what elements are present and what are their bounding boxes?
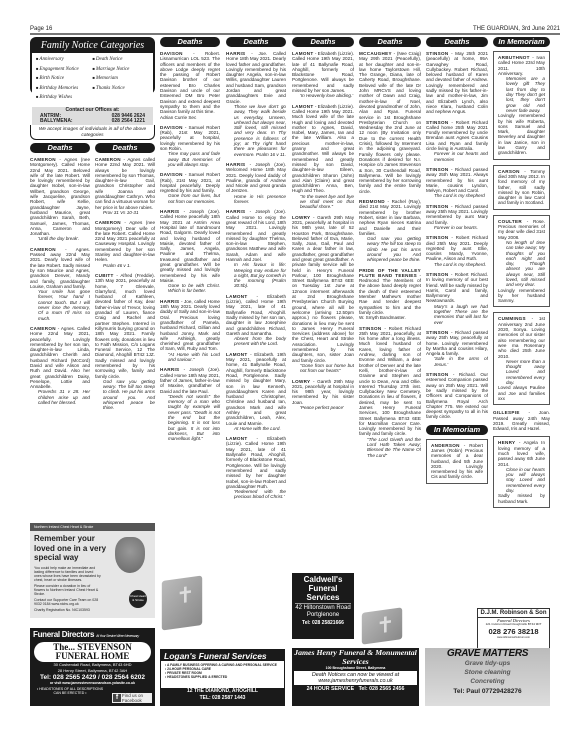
category-item: Death Notice	[93, 55, 150, 65]
memoriam-notice: COULTER - Rose. Precious memories of my …	[493, 215, 550, 308]
death-notice: HARRIS - Joe. Called Home 18th May 2021.…	[226, 51, 286, 157]
ad-street: 100 Broughshane Street, Ballymena	[292, 666, 419, 670]
death-notice: STINSON - Richard passed away 25th May 2…	[426, 167, 488, 199]
category-item: Marriage Notice	[93, 65, 150, 75]
category-item: Birth Notice	[36, 74, 93, 84]
section-heading-deaths: Deaths	[426, 37, 488, 47]
category-item: Engagement Notice	[36, 65, 93, 75]
categories-list: Anniversary Death Notice Engagement Noti…	[32, 53, 153, 99]
category-item: Birthday Wishes	[36, 93, 93, 103]
chest-heart-stroke-ad: Northern Ireland Chest Heart & Stroke Re…	[30, 523, 155, 618]
deaths-column-5: Deaths LAMONT - Elizabeth (Lizzie). Call…	[292, 37, 354, 567]
ad-title: Caldwell's Funeral Services	[292, 573, 354, 602]
memoriam-notice: ANDERSON - Robert James (Robin) Precious…	[426, 439, 488, 484]
caldwells-funeral-services-ad: Caldwell's Funeral Services 42 Hiltonsto…	[292, 573, 354, 639]
ad-address-2: 28 Henry Street, Ballymena, BT42 3AH	[30, 669, 155, 674]
djm-robinson-ad: D.J.M. Robinson & Son Funeral Directors …	[477, 608, 550, 651]
newspaper-page: Page 16 THE GUARDIAN, 3rd June 2021 Fami…	[0, 0, 580, 737]
death-notice: DAVISON - Robert. Lisnamurrican LOL 523.…	[160, 51, 220, 120]
death-notice: LOWRY - Gareth 29th May 2021, peacefully…	[292, 215, 354, 374]
ad-title: James Henry Funeral & Monumental Service…	[292, 648, 419, 666]
ad-body2: Please consider a donation in lieu of fl…	[30, 584, 105, 596]
facebook-icon: Find us on Facebook	[112, 693, 152, 703]
death-notice: STINSON - Richard. Our esteemed Companio…	[426, 372, 488, 420]
ad-address: 42 Hiltonstown Road Portglenone	[295, 603, 351, 619]
ad-phone: Tel: 028 25821666	[292, 620, 354, 626]
section-heading-deaths: Deaths	[160, 37, 220, 47]
masthead-date: THE GUARDIAN, 3rd June 2021	[473, 26, 560, 32]
categories-title: Family Notice Categories	[30, 37, 155, 53]
death-notice: LAMONT - Elizabeth (Lizzie). Called Home…	[292, 104, 354, 210]
death-notice: LAMONT - Elizabeth (Lizzie), called Home…	[226, 294, 286, 347]
memoriam-notice: CARSON - Tommy died 30th May 2012. In fo…	[493, 165, 550, 210]
death-notice: HARRIS - Joe, called Home 18th May 2021.…	[160, 299, 220, 363]
bible-icon	[162, 575, 202, 630]
death-notice: LAMONT - Elizabeth. 19th May 2021, peace…	[226, 352, 286, 431]
in-memoriam-column: In Memoriam ARBUTHNOT - Ivan called Home…	[493, 37, 550, 607]
death-notice: HARRIS - Joseph (Joe). Called Home peace…	[160, 209, 220, 294]
deaths-column-1: Deaths CAMERON - Agnes (nee Montgomery).…	[30, 143, 90, 410]
death-notice: LAMONT - Elizabeth (Lizzie). Called Home…	[292, 51, 354, 99]
category-item: Birthday Memories	[36, 84, 93, 94]
ad-label: Funeral Directors At Your Service When N…	[30, 628, 155, 641]
section-heading-deaths: Deaths	[30, 143, 90, 153]
death-notice: CAMERON - Agnes called Home 22nd May 202…	[95, 157, 155, 215]
ad-contact: Contact our Supporter Care Team on 028 9…	[30, 598, 105, 606]
death-notice: CUBITT - Alfred (Freddie). 13th May 2021…	[95, 273, 155, 411]
death-notice: CAMERON - Agnes (nee Montgomery). Called…	[30, 157, 90, 242]
office-name: BALLYMENA:	[40, 119, 73, 125]
ad-phone: Tel: Paul 07729428276	[425, 688, 550, 695]
ad-services-list: • A FAMILY BUSINESS OFFERING A CARING AN…	[161, 661, 284, 688]
family-notice-categories-box: Family Notice Categories Anniversary Dea…	[30, 37, 155, 94]
death-notice: LAMONT - Elizabeth (Lizzie). Called Home…	[226, 436, 286, 500]
section-heading-deaths: Deaths	[359, 37, 421, 47]
images-note: We accept images of individuals in all o…	[30, 125, 155, 140]
deaths-column-7: Deaths STINSON - May 25th 2021 (peaceful…	[426, 37, 488, 597]
section-heading-deaths: Deaths	[226, 37, 286, 47]
death-notice: DAVISON - Samuel Robert (Rab), 21st May …	[160, 172, 220, 204]
death-notice: STINSON - Robert Richard Called home 25t…	[426, 120, 488, 162]
death-notice: HARRIS - Joseph (Joe). Called Home 18th …	[160, 367, 220, 441]
ad-business-name: The... STEVENSONFUNERAL HOME	[34, 642, 151, 662]
death-notice: LOWRY - Gareth 29th May 2021, peacefully…	[292, 379, 354, 411]
ad-address-1: 30 Cushendall Road, Ballymena, BT43 6HD	[30, 663, 155, 668]
deaths-column-3: Deaths DAVISON - Robert. Lisnamurrican L…	[160, 37, 220, 446]
memoriam-notice: ARBUTHNOT - Ivan called Home 23rd May 20…	[493, 51, 550, 160]
death-notice: STINSON - Richard passed away 25th May, …	[426, 330, 488, 367]
section-heading-in-memoriam: In Memoriam	[493, 37, 550, 47]
ad-org-bar: Northern Ireland Chest Heart & Stroke	[30, 523, 155, 531]
memoriam-notice: GILLESPIE - Joan. Passed away 24th May 2…	[493, 410, 550, 431]
james-henry-funeral-ad: James Henry Funeral & Monumental Service…	[292, 648, 419, 706]
death-notice: CAMERON - Agnes. Called Home 22nd May 20…	[30, 326, 90, 405]
logans-funeral-services-ad: Logan's Funeral Services • A FAMILY BUSI…	[160, 649, 285, 706]
ad-footer: 24 HOUR SERVICE Tel: 028 2565 2456	[292, 686, 419, 693]
chs-badge-icon: Chest Heart & Stroke	[129, 590, 147, 608]
section-heading-deaths: Deaths	[95, 143, 155, 153]
memoriam-notice: HENRY - Angela In loving memory of a muc…	[493, 436, 550, 508]
ad-service: Stone cleaning	[425, 668, 550, 677]
category-item: Thanks Notice	[93, 84, 150, 94]
ad-phone: TEL: 028 2587 1443	[160, 695, 285, 702]
ad-service: Grave tidy-ups	[425, 659, 550, 668]
ad-web-note: Death Notices can now be viewed at www.j…	[294, 671, 417, 685]
bible-icon	[362, 607, 402, 644]
office-phone: 028 2564 1221	[112, 119, 145, 125]
death-notice: STINSON - Richard passed away 25th May 2…	[426, 204, 488, 230]
ad-charity-number: Charity Registration No. NIC103593	[30, 608, 105, 612]
contact-offices: Contact our Offices at: ANTRIM:028 9446 …	[32, 107, 153, 125]
death-notice: HARRIS - Joseph (Joe). Welcomed Home 18t…	[226, 162, 286, 204]
grave-matters-ad: GRAVE MATTERS Grave tidy-ups Stone clean…	[425, 648, 550, 706]
deaths-column-2: Deaths CAMERON - Agnes called Home 22nd …	[95, 143, 155, 416]
ad-phone: Tel: 028 2565 2429 / 028 2564 6202	[30, 674, 155, 681]
ad-website: www.robinsonsofculcrum.com	[478, 636, 549, 639]
death-notice: PRIDE OF THE VALLEY FLUTE BAND TEENIES -…	[359, 268, 421, 321]
death-notice: DAVISON - Samuel Robert (Rab), 21st May …	[160, 125, 220, 167]
section-heading-deaths: Deaths	[292, 37, 354, 47]
ad-title: D.J.M. Robinson & Son	[478, 609, 549, 618]
heart-balloon-icon	[115, 537, 145, 573]
death-notice: STINSON - May 25th 2021 (peacefully) at …	[426, 51, 488, 115]
ad-title: GRAVE MATTERS	[425, 648, 550, 659]
category-item: Memoriam	[93, 74, 150, 84]
death-notice: CAMERON - Agnes (nee Montgomery) Dear wi…	[95, 220, 155, 268]
ad-headline: Remember your loved one in a very specia…	[30, 531, 115, 566]
memoriam-notice: CUMMINGS - 1st Anniversary 2nd June 2020…	[493, 312, 550, 405]
death-notice: STINSON - Robert Richard died 25th May 2…	[426, 235, 488, 267]
ad-body: You could help make an immediate and las…	[30, 566, 105, 582]
page-number: Page 16	[30, 26, 52, 32]
death-notice: CAMERON - Agnes. Passed away 22nd May 20…	[30, 247, 90, 321]
death-notice: REDMOND - Rachel (Ray), died 21st May 20…	[359, 199, 421, 263]
death-notice: STINSON - Robert Richard. In loving memo…	[426, 272, 488, 325]
deaths-column-6: Deaths MCCAUGHEY - (Nee Craig) May 29th …	[359, 37, 421, 637]
ad-title: Logan's Funeral Services	[160, 649, 285, 661]
death-notice: MCCAUGHEY - (Nee Craig) May 29th 2021 (P…	[359, 51, 421, 194]
ad-phone: 028 276 38218	[478, 627, 549, 636]
ad-address: 121 Culcrum Road Cloughmills BT44 9DT	[478, 623, 549, 627]
category-item: Anniversary	[36, 55, 93, 65]
ad-service: Concreting	[425, 677, 550, 686]
death-notice: STINSON - Robert Richard 25th May 2021, …	[359, 326, 421, 458]
ad-headstones: • HEADSTONES OF ALL DESCRIPTIONS CAN BE …	[30, 685, 110, 697]
deaths-column-4: Deaths HARRIS - Joe. Called Home 18th Ma…	[226, 37, 286, 505]
header-rule	[30, 33, 560, 35]
section-heading-in-memoriam: In Memoriam	[426, 425, 488, 435]
stevenson-funeral-home-ad: Funeral Directors At Your Service When N…	[30, 628, 155, 706]
death-notice: HARRIS - Joseph (Joe). Called Home to en…	[226, 209, 286, 288]
